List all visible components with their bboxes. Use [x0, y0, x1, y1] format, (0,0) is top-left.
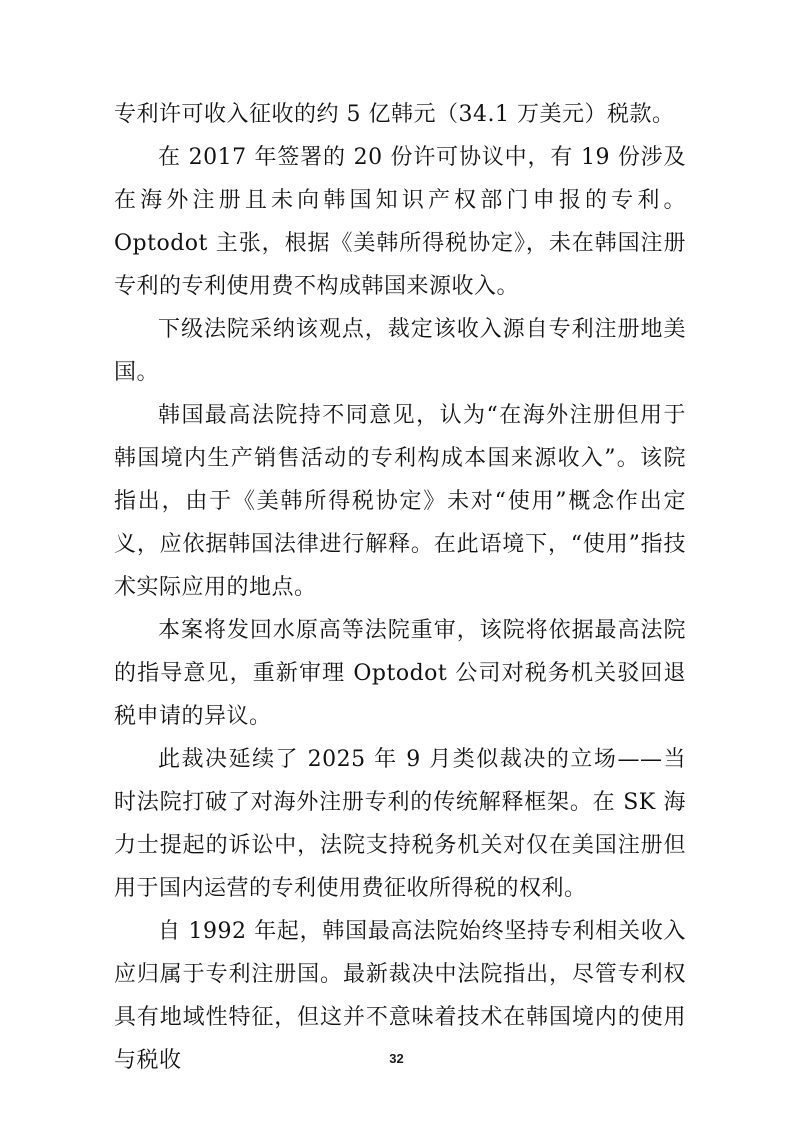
document-page: 专利许可收入征收的约 5 亿韩元（34.1 万美元）税款。 在 2017 年签署…	[0, 0, 793, 1122]
paragraph: 本案将发回水原高等法院重审，该院将依据最高法院的指导意见，重新审理 Optodo…	[114, 609, 686, 738]
paragraph: 在 2017 年签署的 20 份许可协议中，有 19 份涉及在海外注册且未向韩国…	[114, 136, 686, 308]
paragraph: 下级法院采纳该观点，裁定该收入源自专利注册地美国。	[114, 308, 686, 394]
paragraph: 韩国最高法院持不同意见，认为“在海外注册但用于韩国境内生产销售活动的专利构成本国…	[114, 394, 686, 609]
paragraph: 此裁决延续了 2025 年 9 月类似裁决的立场——当时法院打破了对海外注册专利…	[114, 738, 686, 910]
paragraph-continuation: 专利许可收入征收的约 5 亿韩元（34.1 万美元）税款。	[114, 93, 686, 136]
page-number: 32	[0, 1051, 793, 1066]
text-column: 专利许可收入征收的约 5 亿韩元（34.1 万美元）税款。 在 2017 年签署…	[114, 93, 686, 1082]
